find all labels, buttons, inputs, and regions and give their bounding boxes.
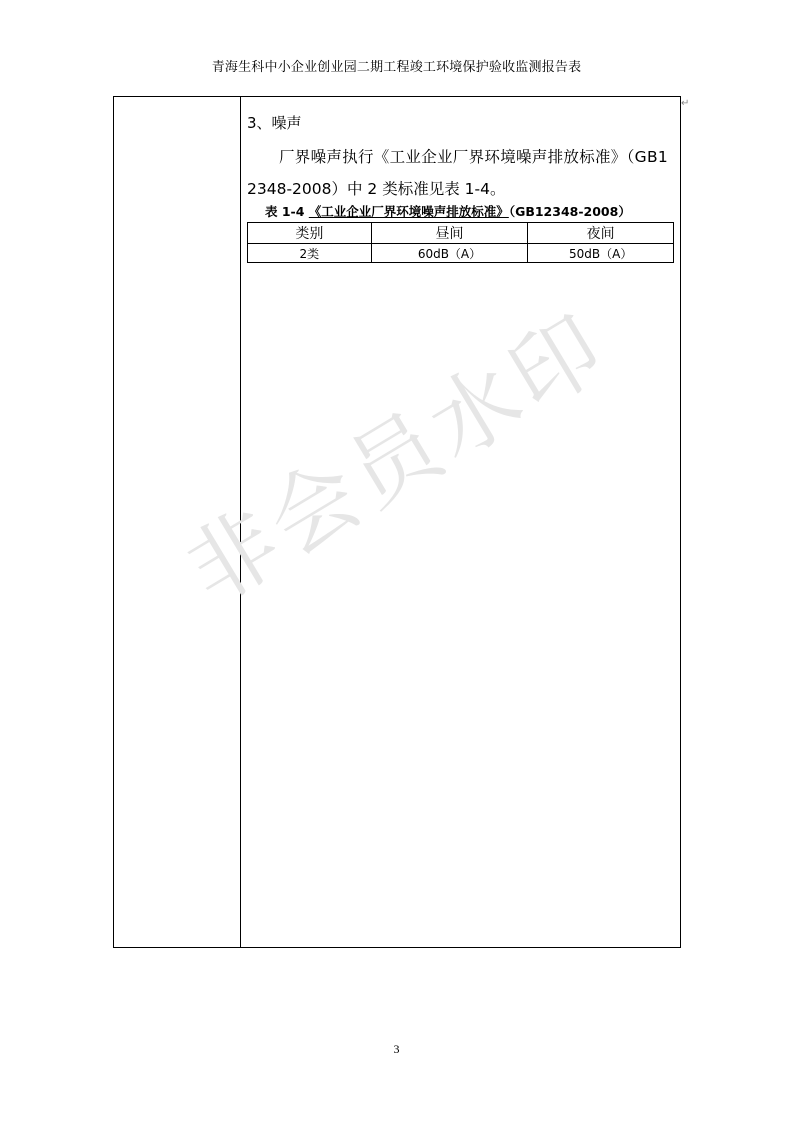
table-caption: 表 1-4 《工业企业厂界环境噪声排放标准》（GB12348-2008） [265, 202, 631, 220]
cell-daytime-limit: 60dB（A） [371, 244, 528, 263]
column-header-category: 类别 [248, 223, 372, 244]
page-number: 3 [0, 1042, 793, 1057]
column-divider [240, 96, 241, 948]
column-header-nighttime: 夜间 [528, 223, 674, 244]
cell-category: 2类 [248, 244, 372, 263]
cell-nighttime-limit: 50dB（A） [528, 244, 674, 263]
table-row: 2类 60dB（A） 50dB（A） [248, 244, 674, 263]
table-caption-number: 表 1-4 [265, 204, 309, 219]
page-header-title: 青海生科中小企业创业园二期工程竣工环境保护验收监测报告表 [0, 56, 793, 75]
table-header-row: 类别 昼间 夜间 [248, 223, 674, 244]
table-caption-code: （GB12348-2008） [509, 204, 631, 219]
noise-standard-table: 类别 昼间 夜间 2类 60dB（A） 50dB（A） [247, 222, 674, 263]
column-header-daytime: 昼间 [371, 223, 528, 244]
paragraph-mark-icon: ↵ [681, 98, 689, 109]
paragraph-line-1: 厂界噪声执行《工业企业厂界环境噪声排放标准》（GB1 [279, 145, 668, 167]
table-caption-title: 《工业企业厂界环境噪声排放标准》 [309, 204, 509, 219]
paragraph-line-2: 2348-2008）中 2 类标准见表 1-4。 [247, 177, 505, 199]
section-heading: 3、噪声 [247, 112, 302, 133]
